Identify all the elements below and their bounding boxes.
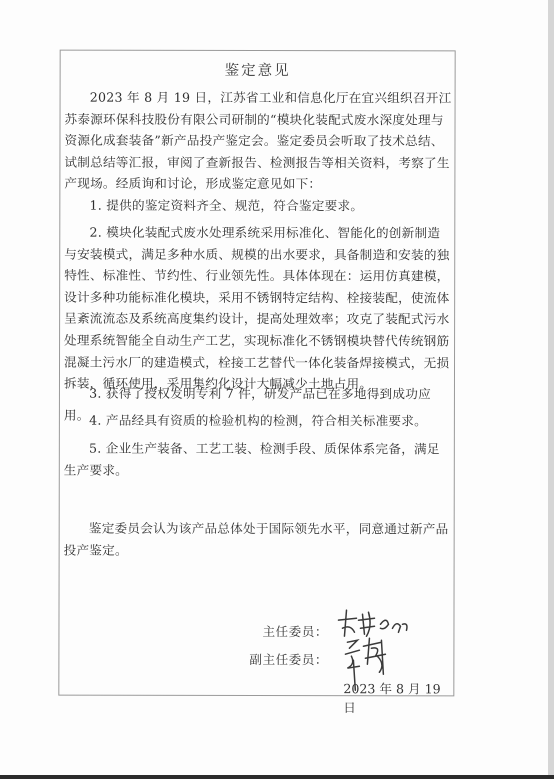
chair-label: 主任委员：: [262, 621, 328, 640]
page-edge-right: [548, 0, 554, 779]
document-page: 鉴定意见 2023 年 8 月 19 日，江苏省工业和信息化厅在宜兴组织召开江苏…: [0, 0, 548, 775]
opinion-item-5: 5. 企业生产装备、工艺工装、检测手段、质保体系完备，满足生产要求。: [64, 438, 452, 482]
signing-date: 2023 年 8 月 19 日: [343, 678, 453, 716]
appraisal-opinion-box: 鉴定意见 2023 年 8 月 19 日，江苏省工业和信息化厅在宜兴组织召开江苏…: [58, 50, 455, 697]
opinion-item-4: 4. 产品经具有资质的检验机构的检测，符合相关标准要求。: [64, 410, 452, 432]
conclusion-paragraph: 鉴定委员会认为该产品总体处于国际领先水平，同意通过新产品投产鉴定。: [64, 518, 452, 562]
page-edge-bottom: [0, 775, 554, 779]
opinion-item-2: 2. 模块化装配式废水处理系统采用标准化、智能化的创新制造与安装模式，满足多种水…: [64, 222, 452, 396]
document-title: 鉴定意见: [61, 59, 455, 81]
opinion-item-1: 1. 提供的鉴定资料齐全、规范，符合鉴定要求。: [64, 195, 452, 217]
vice-chair-label: 副主任委员：: [249, 649, 328, 668]
intro-paragraph: 2023 年 8 月 19 日，江苏省工业和信息化厅在宜兴组织召开江苏泰源环保科…: [64, 87, 452, 196]
